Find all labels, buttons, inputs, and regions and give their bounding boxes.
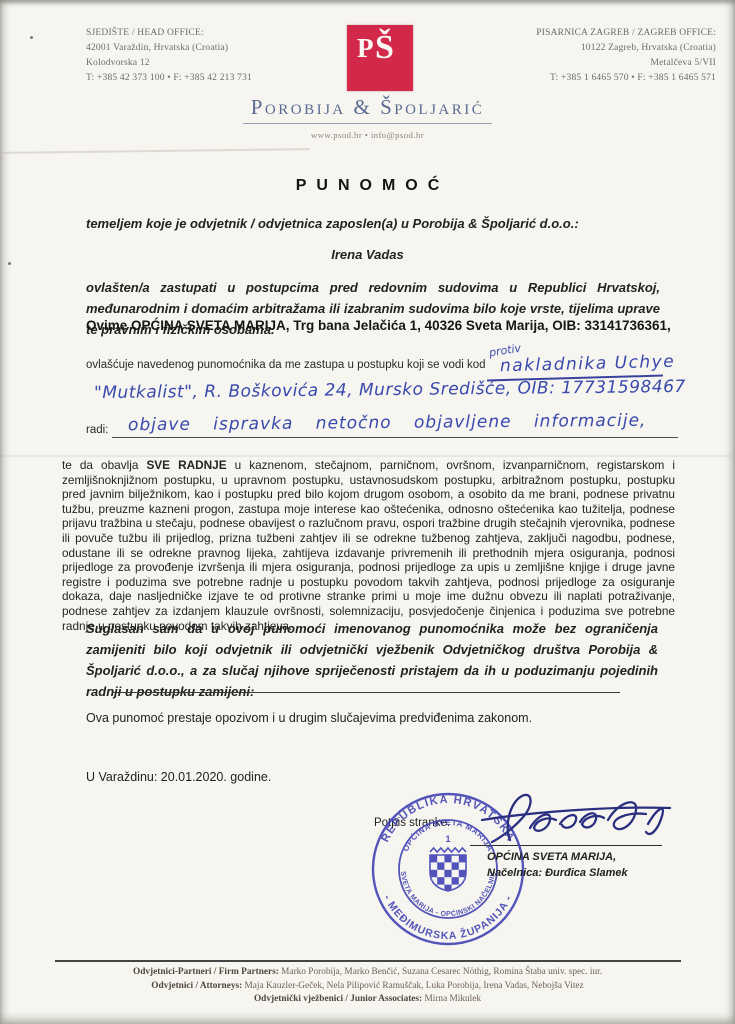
footer-partners-names: Marko Porobija, Marko Benčić, Suzana Ces…: [281, 967, 602, 977]
footer-partners-line: Odvjetnici-Partneri / Firm Partners: Mar…: [0, 966, 735, 980]
document-title: PUNOMOĆ: [0, 177, 735, 195]
powers-paragraph: te da obavlja SVE RADNJE u kaznenom, ste…: [62, 458, 675, 633]
signer-organization: OPĆINA SVETA MARIJA,: [487, 851, 616, 863]
handwritten-signature: [452, 786, 688, 850]
zagreb-office-city: 10122 Zagreb, Hrvatska (Croatia): [440, 41, 716, 56]
footer-rule: [55, 960, 681, 962]
footer-juniors-names: Mirna Mikulek: [424, 994, 481, 1004]
scan-speck: [8, 262, 11, 265]
footer-juniors-line: Odvjetnički vježbenici / Junior Associat…: [0, 993, 735, 1007]
scan-crease: [0, 455, 735, 457]
logo-letter-p: P: [357, 33, 374, 64]
head-office-address: SJEDIŠTE / HEAD OFFICE: 42001 Varaždin, …: [86, 26, 336, 86]
attorney-name: Irena Vadas: [0, 247, 735, 262]
firm-contact-line: www.psod.hr • info@psod.hr: [0, 130, 735, 140]
substitution-paragraph: Suglasan sam da u ovoj punomoći imenovan…: [86, 618, 658, 702]
footer-attorneys-label: Odvjetnici / Attorneys:: [151, 981, 242, 991]
footer-attorneys-line: Odvjetnici / Attorneys: Maja Kauzler-Geč…: [0, 980, 735, 994]
intro-paragraph: temeljem koje je odvjetnik / odvjetnica …: [86, 216, 666, 231]
scanned-power-of-attorney-page: SJEDIŠTE / HEAD OFFICE: 42001 Varaždin, …: [0, 0, 735, 1024]
fill-in-line-3: [112, 692, 620, 693]
zagreb-office-street: Metalčeva 5/VII: [440, 56, 716, 71]
footer-juniors-label: Odvjetnički vježbenici / Junior Associat…: [254, 994, 422, 1004]
head-office-city: 42001 Varaždin, Hrvatska (Croatia): [86, 41, 336, 56]
powers-emphasis: SVE RADNJE: [146, 458, 226, 472]
footer-attorneys-names: Maja Kauzler-Geček, Nela Pilipović Ramuš…: [245, 981, 584, 991]
head-office-phone: T: +385 42 373 100 • F: +385 42 213 731: [86, 71, 336, 86]
case-lead-in: ovlašćuje navedenog punomoćnika da me za…: [86, 359, 486, 371]
radi-label: radi:: [86, 424, 108, 436]
principal-line: Ovime OPĆINA SVETA MARIJA, Trg bana Jela…: [86, 318, 686, 333]
revocation-line: Ova punomoć prestaje opozivom i u drugim…: [86, 711, 532, 725]
stamp-number: 1: [445, 834, 450, 844]
firm-name: Porobija & Špoljarić: [243, 95, 493, 124]
footer-partners-label: Odvjetnici-Partneri / Firm Partners:: [133, 967, 279, 977]
logo-letter-s: Š: [375, 31, 394, 65]
powers-prefix: te da obavlja: [62, 458, 138, 472]
scan-speck: [30, 36, 33, 39]
powers-rest: u kaznenom, stečajnom, parničnom, ovršno…: [62, 458, 675, 633]
place-date-line: U Varaždinu: 20.01.2020. godine.: [86, 770, 271, 784]
scan-crease: [0, 148, 310, 154]
handwritten-defendant-line1: nakladnika Uchye: [500, 352, 676, 377]
signer-name: Načelnica: Đurđica Slamek: [487, 867, 628, 879]
footer: Odvjetnici-Partneri / Firm Partners: Mar…: [0, 966, 735, 1007]
handwritten-purpose: objave ispravka netočno objavljene infor…: [128, 411, 647, 436]
handwritten-defendant-line2: "Mutkalist", R. Boškovića 24, Mursko Sre…: [94, 377, 686, 403]
firm-name-wrap: Porobija & Špoljarić: [0, 95, 735, 124]
fill-in-line-2: [112, 437, 678, 438]
firm-logo-icon: P Š: [347, 25, 413, 91]
zagreb-office-label: PISARNICA ZAGREB / ZAGREB OFFICE:: [440, 26, 716, 41]
head-office-street: Kolodvorska 12: [86, 56, 336, 71]
zagreb-office-phone: T: +385 1 6465 570 • F: +385 1 6465 571: [440, 71, 716, 86]
head-office-label: SJEDIŠTE / HEAD OFFICE:: [86, 26, 336, 41]
zagreb-office-address: PISARNICA ZAGREB / ZAGREB OFFICE: 10122 …: [440, 26, 716, 86]
coat-of-arms-icon: [430, 848, 466, 892]
